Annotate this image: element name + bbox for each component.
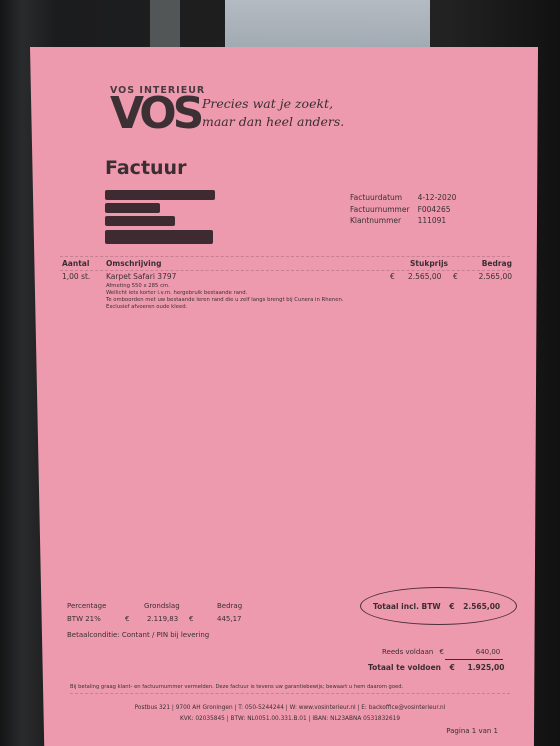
window-bar	[150, 0, 180, 48]
subtotal-rule	[445, 659, 503, 660]
vat-header-grondslag: Grondslag	[144, 600, 180, 613]
meta-row: FactuurnummerF004265	[350, 204, 464, 216]
customer-address-redacted	[105, 190, 215, 247]
invoice-title: Factuur	[105, 157, 186, 179]
vat-header-bedrag: Bedrag	[217, 600, 242, 613]
header-aantal: Aantal	[62, 257, 89, 270]
window-glare	[225, 0, 430, 48]
already-paid: Reeds voldaan € 640,00	[382, 648, 500, 656]
company-footer: Postbus 321 | 9700 AH Groningen | T: 050…	[70, 703, 510, 725]
vat-grondslag: 2.119,83	[147, 613, 178, 626]
logo-mark: VOS	[110, 96, 210, 132]
row-currency: €	[390, 272, 395, 281]
meta-row: Factuurdatum4-12-2020	[350, 192, 464, 204]
meta-label: Factuurdatum	[350, 192, 418, 204]
meta-value: 4-12-2020	[418, 192, 465, 204]
total-incl-vat: Totaal incl. BTW € 2.565,00	[373, 602, 506, 611]
paid-label: Reeds voldaan	[382, 648, 433, 656]
row-omschrijving: Karpet Safari 3797	[106, 272, 176, 281]
meta-value: F004265	[418, 204, 465, 216]
header-stukprijs: Stukprijs	[410, 257, 448, 270]
due-value: 1.925,00	[467, 663, 504, 672]
paid-currency: €	[440, 648, 444, 656]
tagline-line-2: maar dan heel anders.	[202, 113, 344, 131]
company-logo: VOS INTERIEUR VOS	[110, 85, 210, 132]
payment-footnote: Bij betaling graag klant- en factuurnumm…	[70, 684, 510, 694]
footer-contact: Postbus 321 | 9700 AH Groningen | T: 050…	[70, 703, 510, 714]
page-indicator: Pagina 1 van 1	[446, 727, 498, 735]
amount-due: Totaal te voldoen € 1.925,00	[368, 663, 505, 672]
invoice-paper: VOS INTERIEUR VOS Precies wat je zoekt, …	[30, 47, 538, 746]
meta-label: Klantnummer	[350, 215, 418, 227]
due-currency: €	[450, 663, 455, 672]
vat-currency: €	[125, 613, 129, 626]
row-notes: Afmeting 550 x 285 cm. Wellicht iets kor…	[106, 283, 344, 311]
total-value: 2.565,00	[463, 602, 500, 611]
vat-currency: €	[189, 613, 193, 626]
paid-value: 640,00	[460, 648, 500, 656]
header-bedrag: Bedrag	[482, 257, 512, 270]
row-stukprijs: 2.565,00	[408, 272, 441, 281]
table-header: Aantal Omschrijving Stukprijs Bedrag	[60, 256, 510, 271]
payment-condition: Betaalconditie: Contant / PIN bij leveri…	[67, 631, 209, 639]
tagline-line-1: Precies wat je zoekt,	[202, 95, 344, 113]
note-line: Afmeting 550 x 285 cm.	[106, 283, 344, 290]
vat-percentage: BTW 21%	[67, 613, 101, 626]
meta-value: 111091	[418, 215, 465, 227]
meta-row: Klantnummer111091	[350, 215, 464, 227]
footer-registration: KVK: 02035845 | BTW: NL0051.00.331.B.01 …	[70, 714, 510, 725]
total-label: Totaal incl. BTW	[373, 602, 441, 611]
row-currency: €	[453, 272, 458, 281]
tagline: Precies wat je zoekt, maar dan heel ande…	[202, 95, 344, 131]
due-label: Totaal te voldoen	[368, 663, 441, 672]
row-bedrag: 2.565,00	[479, 272, 512, 281]
note-line: Te omboorden met uw bestaande leren rand…	[106, 297, 344, 304]
note-line: Wellicht iets korter i.v.m. hergebruik b…	[106, 290, 344, 297]
invoice-meta: Factuurdatum4-12-2020 FactuurnummerF0042…	[350, 192, 464, 227]
note-line: Exclusief afvoeren oude kleed.	[106, 304, 344, 311]
row-aantal: 1,00 st.	[62, 272, 90, 281]
vat-bedrag: 445,17	[217, 613, 242, 626]
vat-header-percentage: Percentage	[67, 600, 106, 613]
header-omschrijving: Omschrijving	[106, 257, 161, 270]
meta-label: Factuurnummer	[350, 204, 418, 216]
total-currency: €	[449, 602, 454, 611]
